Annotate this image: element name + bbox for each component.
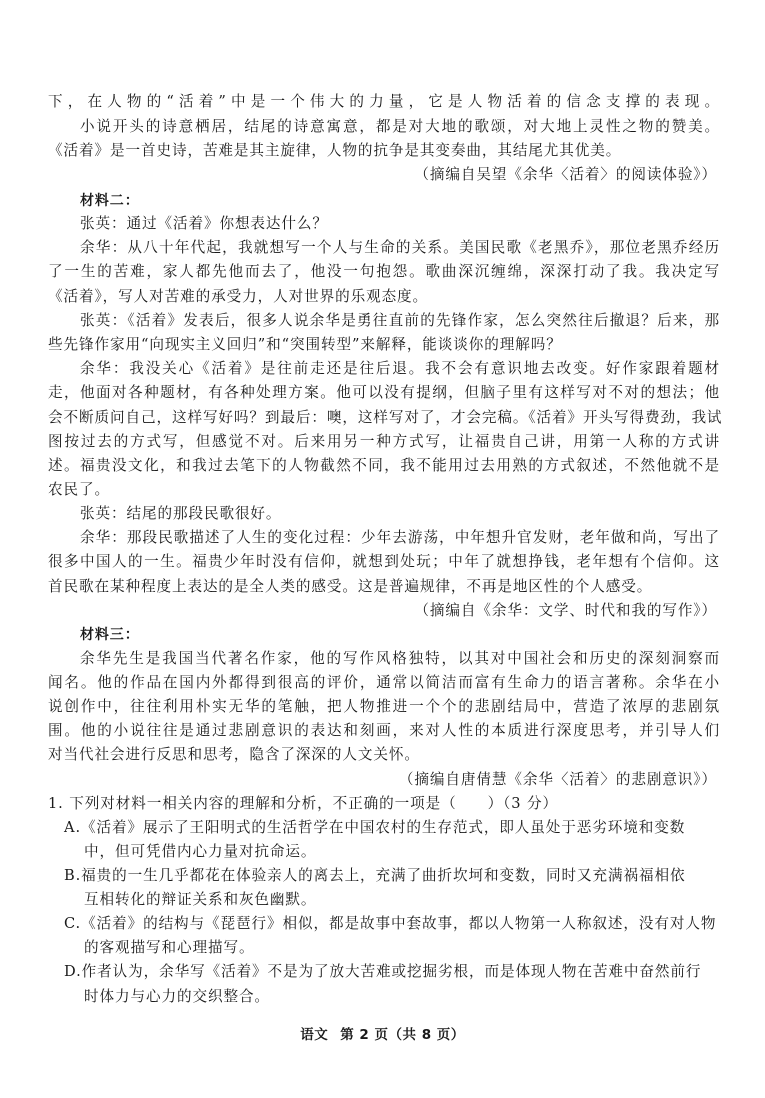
option-d[interactable]: D.作者认为，余华写《活着》不是为了放大苦难或挖掘劣根，而是体现人物在苦难中奋然…	[64, 962, 720, 982]
paragraph-line: 《活着》，写人对苦难的承受力，人对世界的乐观态度。	[48, 287, 720, 307]
paragraph-line: 余华：我没关心《活着》是往前走还是往后退。我不会有意识地去改变。好作家跟着题材	[80, 359, 720, 379]
option-b-continuation: 互相转化的辩证关系和灰色幽默。	[84, 890, 720, 910]
paragraph-line: 闻名。他的作品在国内外都得到很高的评价，通常以简洁而富有生命力的语言著称。余华在…	[48, 673, 720, 693]
option-label: B.	[64, 867, 81, 884]
option-b[interactable]: B.福贵的一生几乎都花在体验亲人的离去上，充满了曲折坎坷和变数，同时又充满祸福相…	[64, 866, 720, 886]
option-d-continuation: 时体力与心力的交织整合。	[84, 987, 720, 1007]
page-footer: 语文第 2 页（共 8 页）	[0, 1023, 765, 1043]
paragraph-line: 说创作中，往往利用朴实无华的笔触，把人物推进一个个的悲剧结局中，营造了浓厚的悲剧…	[48, 697, 720, 717]
paragraph-line: 余华先生是我国当代著名作家，他的写作风格独特，以其对中国社会和历史的深刻洞察而	[80, 649, 720, 669]
option-text: 《活着》的结构与《琵琶行》相似，都是故事中套故事，都以人物第一人称叙述，没有对人…	[81, 915, 716, 932]
paragraph-line: 余华：从八十年代起，我就想写一个人与生命的关系。美国民歌《老黑乔》，那位老黑乔经…	[80, 238, 720, 258]
paragraph-line: 很多中国人的一生。福贵少年时没有信仰，就想到处玩；中年了就想挣钱，老年想有个信仰…	[48, 552, 720, 572]
source-citation: （摘编自《余华：文学、时代和我的写作》）	[414, 601, 717, 621]
paragraph-line: 些先锋作家用“向现实主义回归”和“突围转型”来解释，能谈谈你的理解吗？	[48, 335, 720, 355]
option-label: A.	[64, 819, 81, 836]
paragraph-line: 张英：通过《活着》你想表达什么？	[80, 214, 720, 234]
paragraph-line: 张英：《活着》发表后，很多人说余华是勇往直前的先锋作家，怎么突然往后撤退？后来，…	[80, 311, 720, 331]
option-label: C.	[64, 915, 81, 932]
option-text: 作者认为，余华写《活着》不是为了放大苦难或挖掘劣根，而是体现人物在苦难中奋然前行	[82, 963, 702, 980]
source-citation: （摘编自唐倩慧《余华〈活着〉的悲剧意识》）	[399, 770, 717, 790]
footer-subject: 语文	[300, 1027, 328, 1043]
paragraph-line: 余华：那段民歌描述了人生的变化过程：少年去游荡，中年想升官发财，老年做和尚，写出…	[80, 528, 720, 548]
paragraph-line: 图按过去的方式写，但感觉不对。后来用另一种方式写，让福贵自己讲，用第一人称的方式…	[48, 432, 720, 452]
paragraph-line: 会不断质问自己，这样写好吗？到最后：噢，这样写对了，才会完稿。《活着》开头写得费…	[48, 408, 720, 428]
option-c[interactable]: C.《活着》的结构与《琵琶行》相似，都是故事中套故事，都以人物第一人称叙述，没有…	[64, 914, 720, 934]
paragraph-line: 小说开头的诗意栖居，结尾的诗意寓意，都是对大地的歌颂，对大地上灵性之物的赞美。	[80, 117, 720, 137]
paragraph-line: 张英：结尾的那段民歌很好。	[80, 504, 720, 524]
section-heading-material-2: 材料二：	[80, 191, 720, 211]
exam-page: 下，在人物的“活着”中是一个伟大的力量，它是人物活着的信念支撑的表现。 小说开头…	[0, 0, 765, 1098]
paragraph-line: 《活着》是一首史诗，苦难是其主旋律，人物的抗争是其变奏曲，其结尾尤其优美。	[48, 141, 720, 161]
question-stem: 1. 下列对材料一相关内容的理解和分析，不正确的一项是（ ）（3 分）	[48, 794, 720, 814]
option-text: 《活着》展示了王阳明式的生活哲学在中国农村的生存范式，即人虽处于恶劣环境和变数	[81, 819, 685, 836]
paragraph-line: 了一生的苦难，家人都先他而去了，他没一句抱怨。歌曲深沉缠绵，深深打动了我。我决定…	[48, 262, 720, 282]
section-heading-material-3: 材料三：	[80, 625, 720, 645]
paragraph-line: 围。他的小说往往是通过悲剧意识的表达和刻画，来对人性的本质进行深度思考，并引导人…	[48, 721, 720, 741]
paragraph-line: 对当代社会进行反思和思考，隐含了深深的人文关怀。	[48, 745, 720, 765]
paragraph-line: 走，他面对各种题材，有各种处理方案。他可以没有提纲，但脑子里有这样写对不对的想法…	[48, 383, 720, 403]
source-citation: （摘编自吴望《余华〈活着〉的阅读体验》）	[414, 165, 717, 185]
option-a[interactable]: A.《活着》展示了王阳明式的生活哲学在中国农村的生存范式，即人虽处于恶劣环境和变…	[64, 818, 720, 838]
paragraph-line: 下，在人物的“活着”中是一个伟大的力量，它是人物活着的信念支撑的表现。	[48, 92, 720, 112]
option-text: 福贵的一生几乎都花在体验亲人的离去上，充满了曲折坎坷和变数，同时又充满祸福相依	[81, 867, 685, 884]
paragraph-line: 述。福贵没文化，和我过去笔下的人物截然不同，我不能用过去用熟的方式叙述，不然他就…	[48, 456, 720, 476]
option-a-continuation: 中，但可凭借内心力量对抗命运。	[84, 842, 720, 862]
paragraph-line: 首民歌在某种程度上表达的是全人类的感受。这是普遍规律，不再是地区性的个人感受。	[48, 577, 720, 597]
option-c-continuation: 的客观描写和心理描写。	[84, 938, 720, 958]
option-label: D.	[64, 963, 82, 980]
footer-page-number: 第 2 页（共 8 页）	[340, 1027, 465, 1043]
paragraph-line: 农民了。	[48, 480, 720, 500]
